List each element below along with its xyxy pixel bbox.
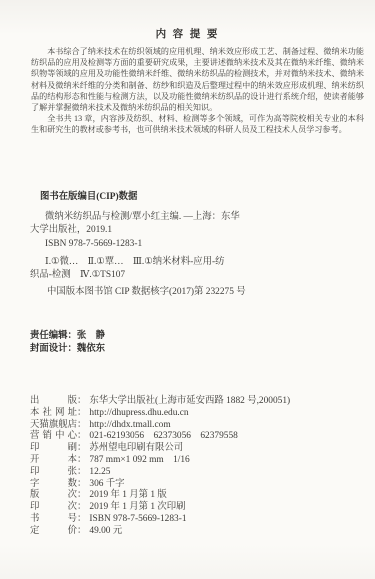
cip-classification-line-1: Ⅰ.①微… Ⅱ.①覃… Ⅲ.①纳米材料-应用-纺 [45,256,290,269]
publication-row-price: 定价：49.00 元 [30,522,365,534]
abstract-paragraph-2: 全书共 13 章，内容涉及纺织、材料、检测等多个领域，可作为高等院校相关专业的本… [31,113,364,135]
credit-value: 张 静 [77,331,105,341]
cip-record-number: 中国版本图书馆 CIP 数据核字(2017)第 232275 号 [47,286,290,299]
colon: ： [68,344,77,354]
credit-label: 封面设计 [30,344,68,354]
publication-row-publisher: 出版：东华大学出版社(上海市延安西路 1882 号,200051) [30,392,365,404]
cip-publisher-line: 大学出版社，2019.1 [30,224,290,237]
colon: ： [68,331,77,341]
publication-row-marketing-center: 营销中心：021-62193056 62373056 62379558 [30,427,365,439]
publication-row-impression: 印次：2019 年 1 月第 1 次印刷 [30,498,365,510]
abstract-paragraph-1: 本书综合了纳米技术在纺织领域的应用机理、纳米效应形成工艺、制备过程、微纳米功能纺… [31,46,364,113]
publication-row-word-count: 字数：306 千字 [30,475,365,487]
publication-label: 定价 [30,522,77,536]
publication-value: http://dhupress.dhu.edu.cn [89,408,188,418]
publication-row-book-number: 书号：ISBN 978-7-5669-1283-1 [30,510,365,522]
publication-value: 787 mm×1 092 mm 1/16 [89,451,189,465]
publication-value: 东华大学出版社(上海市延安西路 1882 号,200051) [89,392,290,406]
publication-row-tmall-store: 天猫旗舰店：http://dhdx.tmall.com [30,416,365,428]
publication-row-format: 开本：787 mm×1 092 mm 1/16 [30,451,365,463]
credits-block: 责任编辑：张 静 封面设计：魏依东 [30,330,105,356]
publication-block: 出版：东华大学出版社(上海市延安西路 1882 号,200051) 本社网址：h… [30,392,365,534]
book-copyright-page: 内 容 提 要 本书综合了纳米技术在纺织领域的应用机理、纳米效应形成工艺、制备过… [0,0,375,579]
cip-title-line: 微纳米纺织品与检测/覃小红主编. —上海：东华 [45,211,290,224]
cip-isbn: ISBN 978-7-5669-1283-1 [45,238,290,251]
colon: ： [77,522,86,536]
credit-label: 责任编辑 [30,331,68,341]
publication-row-sheets: 印张：12.25 [30,463,365,475]
cip-block: 图书在版编目(CIP)数据 微纳米纺织品与检测/覃小红主编. —上海：东华 大学… [30,191,290,299]
publication-value: 2019 年 1 月第 1 次印刷 [89,498,185,512]
credit-row-cover-design: 封面设计：魏依东 [30,343,105,356]
cip-header: 图书在版编目(CIP)数据 [40,191,290,204]
publication-row-edition: 版次：2019 年 1 月第 1 版 [30,486,365,498]
cip-classification-line-2: 织品-检测 Ⅳ.①TS107 [30,269,290,282]
page-title: 内 容 提 要 [0,26,375,41]
abstract-section: 本书综合了纳米技术在纺织领域的应用机理、纳米效应形成工艺、制备过程、微纳米功能纺… [31,46,364,136]
credit-row-editor: 责任编辑：张 静 [30,330,105,343]
credit-value: 魏依东 [77,344,105,354]
publication-value: 49.00 元 [89,522,122,536]
